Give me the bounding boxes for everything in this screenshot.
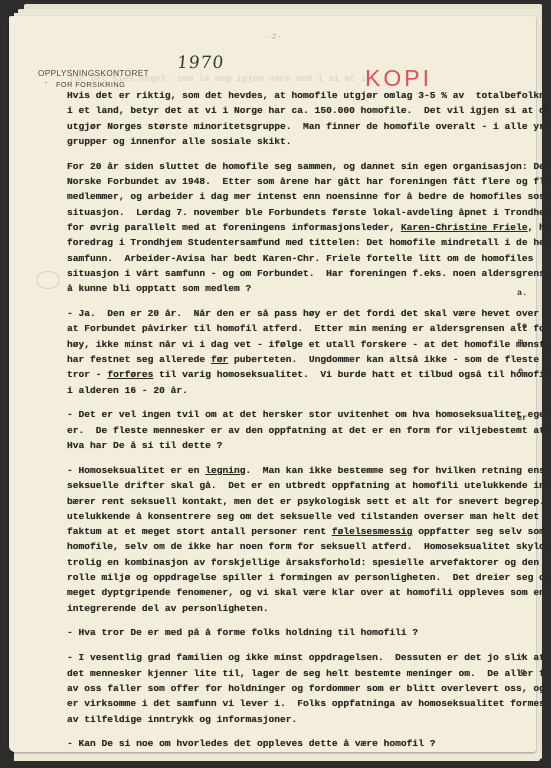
text-line: foredrag i Trondhjem Studentersamfund me… — [67, 235, 547, 250]
text-line: homofile, selv om de ikke har noen form … — [67, 539, 547, 554]
paragraph-answer-age: - Ja. Den er 20 år. Når den er så pass h… — [67, 306, 547, 398]
paragraph-forbundet: For 20 år siden sluttet de homofile seg … — [67, 159, 547, 297]
text-fragment: faktum at et meget stort antall personer… — [67, 526, 332, 537]
text-line: medlemmer, og arbeider i dag mer intenst… — [67, 189, 547, 204]
text-line: seksuelle drifter skal gå. Det er en utb… — [67, 478, 547, 493]
text-line: i alderen 16 - 20 år. — [67, 383, 547, 398]
paragraph-intro: Hvis det er riktig, som det hevdes, at h… — [67, 88, 547, 149]
text-line: - Hva tror De er med på å forme folks ho… — [67, 625, 547, 640]
text-line: av oss faller som offer for holdninger o… — [67, 681, 547, 696]
text-line: - Kan De si noe om hvorledes det oppleve… — [67, 736, 547, 751]
margin-bleed-text: a. — [517, 288, 527, 298]
underlined-word: forføres — [107, 369, 153, 380]
show-through-text: for det sies meget, som la meg igjen vær… — [69, 74, 388, 84]
text-fragment: til varig homoseksualitet. Vi burde hatt… — [153, 369, 551, 380]
page-number: -2- — [267, 33, 281, 42]
text-line: rolle miljø og oppdragelse spiller i for… — [67, 570, 547, 585]
text-line: samfunn. Arbeider-Avisa har bedt Karen-C… — [67, 251, 547, 266]
text-line: av tilfeldige inntrykk og informasjoner. — [67, 712, 547, 727]
margin-bleed-text: m — [518, 337, 523, 347]
text-line: situasjon. Lørdag 7. november ble Forbun… — [67, 205, 547, 220]
text-line: har festnet seg allerede før puberteten.… — [67, 352, 547, 367]
paragraph-answer-orientation: - Homoseksualitet er en legning. Man kan… — [67, 463, 547, 616]
text-line: det mennesker kjenner lite til, lager de… — [67, 666, 547, 681]
text-line: - Ja. Den er 20 år. Når den er så pass h… — [67, 306, 547, 321]
text-line: grupper og innenfor alle sosiale skikt. — [67, 134, 547, 149]
paragraph-question-ignorance: - Det er vel ingen tvil om at det herske… — [67, 407, 547, 453]
text-line: - Det er vel ingen tvil om at det herske… — [67, 407, 547, 422]
text-fragment: oppfatter seg selv som — [412, 526, 544, 537]
text-line: For 20 år siden sluttet de homofile seg … — [67, 159, 547, 174]
text-line: tror - forføres til varig homoseksualite… — [67, 367, 547, 382]
text-line: integrerende del av personligheten. — [67, 601, 547, 616]
margin-bleed-text: g — [520, 667, 525, 677]
text-fragment: har festnet seg allerede — [67, 354, 211, 365]
text-line: er. De fleste mennesker er av den oppfat… — [67, 423, 547, 438]
text-line: for øvrig parallelt med at foreningens i… — [67, 220, 547, 235]
text-fragment: for øvrig parallelt med at foreningens i… — [67, 222, 401, 233]
underlined-word: legning — [205, 465, 245, 476]
text-line: i et land, betyr det at vi i Norge har c… — [67, 103, 547, 118]
paperclip-mark — [36, 271, 60, 289]
text-fragment: - Homoseksualitet er en — [67, 465, 205, 476]
text-line: bærer rent seksuell kontakt, men det er … — [67, 494, 547, 509]
text-fragment: . Man kan ikke bestemme seg for hvilken … — [246, 465, 545, 476]
text-line: trolig en kombinasjon av forskjellige år… — [67, 555, 547, 570]
text-fragment: tror - — [67, 369, 107, 380]
text-line: Hvis det er riktig, som det hevdes, at h… — [67, 88, 547, 103]
text-line: faktum at et meget stort antall personer… — [67, 524, 547, 539]
margin-bleed-text: , — [520, 649, 525, 659]
text-line: utgjør Norges største minoritetsgruppe. … — [67, 119, 547, 134]
text-line: meget dyptgripende fenomener, og vi skal… — [67, 585, 547, 600]
underlined-word: følelsesmessig — [332, 526, 413, 537]
text-line: - I vesentlig grad familien og ikke mins… — [67, 650, 547, 665]
paragraph-question-experience: - Kan De si noe om hvorledes det oppleve… — [67, 736, 547, 751]
text-line: å kunne bli opptatt som medlem ? — [67, 281, 547, 296]
underlined-name: Karen-Christine Friele — [401, 222, 528, 233]
document-body: Hvis det er riktig, som det hevdes, at h… — [67, 88, 547, 761]
document-page: -2- OPPLYSNINGSKONTORET - FOR FORSIKRING… — [9, 16, 536, 752]
text-line: utelukkende å konsentrere seg om det sek… — [67, 509, 547, 524]
paragraph-answer-attitudes: - I vesentlig grad familien og ikke mins… — [67, 650, 547, 726]
margin-bleed-text: er — [517, 413, 527, 423]
text-line: - Homoseksualitet er en legning. Man kan… — [67, 463, 547, 478]
paragraph-question-attitudes: - Hva tror De er med på å forme folks ho… — [67, 625, 547, 640]
text-fragment: , holdt — [528, 222, 551, 233]
underlined-word: før — [211, 354, 228, 365]
text-line: situasjon i vårt samfunn - og om Forbund… — [67, 266, 547, 281]
text-line: er virksomme i det samfunn vi lever i. F… — [67, 696, 547, 711]
text-line: Hva har De å si til dette ? — [67, 438, 547, 453]
text-fragment: puberteten. Ungdommer kan altså ikke - s… — [228, 354, 539, 365]
text-line: høy, ikke minst når vi i dag vet - ifølg… — [67, 337, 547, 352]
text-line: at Forbundet påvirker til homofil atferd… — [67, 321, 547, 336]
handwritten-year: 1970 — [176, 53, 225, 73]
margin-bleed-text: e — [518, 366, 523, 376]
text-line: Norske Forbundet av 1948. Etter som åren… — [67, 174, 547, 189]
letterhead-dash: - — [45, 78, 48, 89]
margin-bleed-text: te — [517, 321, 527, 331]
